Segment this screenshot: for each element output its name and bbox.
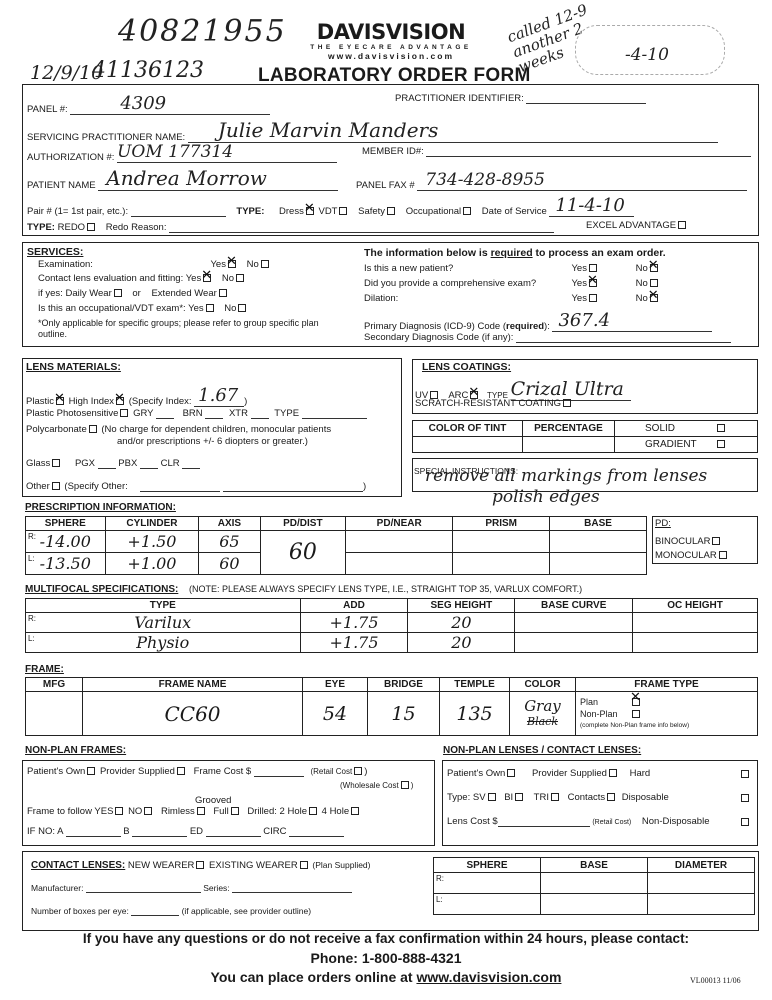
monocular-label: MONOCULAR xyxy=(655,550,717,561)
mf-oc-height-header: OC HEIGHT xyxy=(633,599,758,613)
primary-diagnosis-field[interactable]: 367.4 xyxy=(552,310,712,332)
new-patient-yes-checkbox[interactable] xyxy=(589,264,597,272)
mf-seg-height-header: SEG HEIGHT xyxy=(408,599,515,613)
circ-label: CIRC xyxy=(263,826,286,837)
photosensitive-checkbox[interactable] xyxy=(120,409,128,417)
contacts-checkbox[interactable] xyxy=(607,793,615,801)
mfg-header: MFG xyxy=(26,678,83,692)
servicing-practitioner-field[interactable]: Julie Marvin Manders xyxy=(188,118,718,143)
brn-label: BRN xyxy=(183,408,203,419)
frame-follow-no-checkbox[interactable] xyxy=(144,807,152,815)
logo-url: www.davisvision.com xyxy=(296,51,486,61)
date-of-service-label: Date of Service xyxy=(482,206,547,217)
photosensitive-label: Plastic Photosensitive xyxy=(26,408,118,419)
required-title: The information below is required to pro… xyxy=(364,247,666,259)
occupational-yes-label: Yes xyxy=(188,303,204,314)
specify-index-label: (Specify Index: xyxy=(129,396,192,407)
npf-patients-own-checkbox[interactable] xyxy=(87,767,95,775)
dilation-no-checkbox[interactable] xyxy=(650,294,658,302)
sv-label: SV xyxy=(473,792,486,803)
left-axis-field[interactable]: 60 xyxy=(199,553,260,575)
new-patient-label: Is this a new patient? xyxy=(364,263,569,274)
davis-vision-logo: DAVISVISION THE EYECARE ADVANTAGE www.da… xyxy=(296,20,486,61)
secondary-diagnosis-label: Secondary Diagnosis Code (if any): xyxy=(364,332,513,343)
frame-follow-yes-checkbox[interactable] xyxy=(115,807,123,815)
clr-label: CLR xyxy=(161,458,180,469)
frame-title: FRAME: xyxy=(25,664,64,675)
mfg-field[interactable] xyxy=(26,692,83,736)
services-footnote: *Only applicable for specific groups; pl… xyxy=(38,318,328,340)
right-pd-near-field[interactable] xyxy=(346,531,453,553)
b-label: B xyxy=(123,826,129,837)
footer-phone: Phone: 1-800-888-4321 xyxy=(0,950,772,966)
contacts-label: Contacts xyxy=(568,792,606,803)
retail-cost-label: (Retail Cost xyxy=(310,767,352,776)
panel-field[interactable]: 4309 xyxy=(70,93,270,115)
poly-note-2: and/or prescriptions +/- 6 diopters or g… xyxy=(117,436,308,447)
frame-cost-label: Frame Cost $ xyxy=(194,766,252,777)
scratch-resistant-checkbox[interactable] xyxy=(563,399,571,407)
tri-checkbox[interactable] xyxy=(551,793,559,801)
plan-label: Plan xyxy=(580,696,630,708)
tri-label: TRI xyxy=(534,792,549,803)
type-occupational-checkbox[interactable] xyxy=(463,207,471,215)
other-checkbox[interactable] xyxy=(52,482,60,490)
manufacturer-field[interactable] xyxy=(86,883,201,893)
other-label: Other xyxy=(26,481,50,492)
non-plan-label: Non-Plan xyxy=(580,708,630,720)
handwritten-number: 40821955 xyxy=(118,14,287,49)
logo-tagline: THE EYECARE ADVANTAGE xyxy=(296,44,486,51)
left-prism-field[interactable] xyxy=(453,553,550,575)
exam-yes-label: Yes xyxy=(210,259,226,270)
full-checkbox[interactable] xyxy=(231,807,239,815)
contact-eval-label: Contact lens evaluation and fitting: xyxy=(38,273,183,284)
daily-wear-checkbox[interactable] xyxy=(114,289,122,297)
pbx-label: PBX xyxy=(118,458,137,469)
cl-base-header: BASE xyxy=(541,858,648,873)
pbx-field[interactable] xyxy=(140,459,158,469)
sv-checkbox[interactable] xyxy=(488,793,496,801)
exam-no-label: No xyxy=(247,259,259,270)
new-patient-no-label: No xyxy=(636,263,648,274)
frame-follow-no-label: NO xyxy=(128,806,142,817)
cl-sphere-header: SPHERE xyxy=(434,858,541,873)
tint-color-header: COLOR OF TINT xyxy=(413,421,523,437)
cl-left-sphere-field[interactable]: L: xyxy=(434,894,541,915)
logo-wordmark: DAVISVISION xyxy=(296,20,486,44)
solid-label: SOLID xyxy=(645,423,715,434)
bridge-field[interactable]: 15 xyxy=(368,692,440,736)
mf-type-header: TYPE xyxy=(26,599,301,613)
multifocal-table: TYPE ADD SEG HEIGHT BASE CURVE OC HEIGHT… xyxy=(25,598,758,653)
frame-name-field[interactable]: CC60 xyxy=(83,692,303,736)
left-seg-height-field[interactable]: 20 xyxy=(408,633,515,653)
type-vdt-checkbox[interactable] xyxy=(339,207,347,215)
cl-diameter-header: DIAMETER xyxy=(648,858,755,873)
npl-patients-own-label: Patient's Own xyxy=(447,768,505,779)
npl-patients-own-checkbox[interactable] xyxy=(507,769,515,777)
date-of-service-field[interactable]: 11-4-10 xyxy=(549,195,634,217)
circ-field[interactable] xyxy=(289,827,344,837)
xtr-label: XTR xyxy=(229,408,248,419)
secondary-diagnosis-field[interactable] xyxy=(516,332,731,343)
prism-header: PRISM xyxy=(453,517,550,531)
gry-field[interactable] xyxy=(156,409,174,419)
contact-no-checkbox[interactable] xyxy=(236,274,244,282)
full-label: Full xyxy=(213,806,228,817)
or-label: or xyxy=(132,288,140,299)
member-id-field[interactable] xyxy=(426,146,751,157)
hard-checkbox[interactable] xyxy=(741,770,749,778)
lens-cost-field[interactable] xyxy=(498,817,590,827)
contact-lenses-title: CONTACT LENSES: xyxy=(31,860,125,871)
npl-provider-supplied-label: Provider Supplied xyxy=(532,768,607,779)
new-patient-no-checkbox[interactable] xyxy=(650,264,658,272)
exam-no-checkbox[interactable] xyxy=(261,260,269,268)
hole2-checkbox[interactable] xyxy=(309,807,317,815)
ed-field[interactable] xyxy=(206,827,261,837)
pair-field[interactable] xyxy=(131,206,226,217)
services-title: SERVICES: xyxy=(27,246,83,258)
comprehensive-no-checkbox[interactable] xyxy=(650,279,658,287)
pd-dist-header: PD/DIST xyxy=(260,517,346,531)
cl-right-base-field[interactable] xyxy=(541,873,648,894)
binocular-label: BINOCULAR xyxy=(655,536,710,547)
photo-type-label: TYPE xyxy=(274,408,299,419)
high-index-label: High Index xyxy=(69,396,114,407)
dilation-no-label: No xyxy=(636,293,648,304)
type-safety-label: Safety xyxy=(358,206,385,217)
handwritten-ref: 41136123 xyxy=(92,58,204,83)
plan-checkbox[interactable] xyxy=(632,698,640,706)
mf-add-header: ADD xyxy=(300,599,408,613)
practitioner-id-label: PRACTITIONER IDENTIFIER: xyxy=(395,93,524,104)
pgx-field[interactable] xyxy=(98,459,116,469)
tint-percentage-field[interactable] xyxy=(523,437,615,453)
special-instructions-line1: remove all markings from lenses xyxy=(425,466,707,486)
gradient-checkbox[interactable] xyxy=(717,440,725,448)
boxes-note: (if applicable, see provider outline) xyxy=(182,906,311,916)
pd-dist-field[interactable]: 60 xyxy=(260,531,346,575)
examination-label: Examination: xyxy=(38,259,208,270)
form-code: VL00013 11/06 xyxy=(690,976,741,985)
dilation-yes-checkbox[interactable] xyxy=(589,294,597,302)
plastic-label: Plastic xyxy=(26,396,54,407)
pgx-label: PGX xyxy=(75,458,95,469)
daily-wear-label: Daily Wear xyxy=(65,288,111,299)
type-label: TYPE: xyxy=(236,206,264,217)
contact-yes-label: Yes xyxy=(186,273,202,284)
redo-reason-field[interactable] xyxy=(169,222,554,233)
binocular-checkbox[interactable] xyxy=(712,537,720,545)
new-wearer-label: NEW WEARER xyxy=(128,860,195,871)
npf-provider-supplied-checkbox[interactable] xyxy=(177,767,185,775)
left-add-field[interactable]: +1.75 xyxy=(300,633,408,653)
grooved-label: Grooved xyxy=(195,795,231,806)
disposable-checkbox[interactable] xyxy=(741,794,749,802)
sphere-header: SPHERE xyxy=(26,517,106,531)
hole2-label: 2 Hole xyxy=(280,806,307,817)
occupational-exam-label: Is this an occupational/VDT exam*: xyxy=(38,303,186,314)
solid-checkbox[interactable] xyxy=(717,424,725,432)
hole4-checkbox[interactable] xyxy=(351,807,359,815)
rimless-label: Rimless xyxy=(161,806,195,817)
special-instructions-line2: polish edges xyxy=(492,487,600,507)
axis-header: AXIS xyxy=(199,517,260,531)
excel-advantage-checkbox[interactable] xyxy=(678,221,686,229)
if-no-a-label: IF NO: A xyxy=(27,826,63,837)
left-oc-height-field[interactable] xyxy=(633,633,758,653)
practitioner-id-field[interactable] xyxy=(526,93,646,104)
right-prism-field[interactable] xyxy=(453,531,550,553)
multifocal-note: (NOTE: PLEASE ALWAYS SPECIFY LENS TYPE, … xyxy=(189,584,582,594)
primary-diagnosis-row: Primary Diagnosis (ICD-9) Code (required… xyxy=(364,310,712,332)
frame-follow-label: Frame to follow xyxy=(27,806,92,817)
dilation-yes-label: Yes xyxy=(571,293,587,304)
left-base-field[interactable] xyxy=(550,553,647,575)
other-field-2[interactable] xyxy=(223,482,363,492)
frame-type-header: FRAME TYPE xyxy=(576,678,758,692)
left-base-curve-field[interactable] xyxy=(515,633,633,653)
type-vdt-label: VDT xyxy=(318,206,337,217)
non-plan-note: (complete Non-Plan frame info below) xyxy=(580,720,757,732)
color-value: Gray xyxy=(510,698,575,714)
wholesale-cost-checkbox[interactable] xyxy=(401,781,409,789)
patient-name-field[interactable]: Andrea Morrow xyxy=(98,166,338,191)
comprehensive-yes-checkbox[interactable] xyxy=(589,279,597,287)
type-safety-checkbox[interactable] xyxy=(387,207,395,215)
tint-color-field[interactable] xyxy=(413,437,523,453)
polycarbonate-label: Polycarbonate xyxy=(26,424,87,435)
patient-name-label: PATIENT NAME xyxy=(27,180,96,191)
non-plan-checkbox[interactable] xyxy=(632,710,640,718)
rimless-checkbox[interactable] xyxy=(197,807,205,815)
color-field[interactable]: Gray Black xyxy=(510,692,576,736)
panel-label: PANEL #: xyxy=(27,104,68,115)
retail-cost-checkbox[interactable] xyxy=(354,767,362,775)
contact-lens-table: SPHERE BASE DIAMETER R: L: xyxy=(433,857,755,915)
eye-header: EYE xyxy=(303,678,368,692)
cl-right-sphere-field[interactable]: R: xyxy=(434,873,541,894)
lens-materials-title: LENS MATERIALS: xyxy=(26,361,121,373)
pd-label: PD: xyxy=(655,518,671,529)
right-seg-height-field[interactable]: 20 xyxy=(408,613,515,633)
series-label: Series: xyxy=(203,883,229,893)
gradient-label: GRADIENT xyxy=(645,439,715,450)
right-mf-type-field[interactable]: R:Varilux xyxy=(26,613,301,633)
left-cylinder-field[interactable]: +1.00 xyxy=(105,553,199,575)
comprehensive-no-label: No xyxy=(636,278,648,289)
tint-table: COLOR OF TINT PERCENTAGE SOLID GRADIENT xyxy=(412,420,758,453)
b-field[interactable] xyxy=(132,827,187,837)
gry-label: GRY xyxy=(133,408,153,419)
boxes-field[interactable] xyxy=(131,906,179,916)
contact-no-label: No xyxy=(222,273,234,284)
npl-provider-supplied-checkbox[interactable] xyxy=(609,769,617,777)
new-wearer-checkbox[interactable] xyxy=(196,861,204,869)
plan-supplied-label: (Plan Supplied) xyxy=(312,860,370,870)
type-dress-checkbox[interactable] xyxy=(306,207,314,215)
right-axis-field[interactable]: 65 xyxy=(199,531,260,553)
scratch-resistant-label: SCRATCH-RESISTANT COATING xyxy=(415,398,561,409)
occupational-no-checkbox[interactable] xyxy=(238,304,246,312)
footer-contact-note: If you have any questions or do not rece… xyxy=(0,931,772,946)
boxes-label: Number of boxes per eye: xyxy=(31,906,129,916)
hole4-label: 4 Hole xyxy=(322,806,349,817)
xtr-field[interactable] xyxy=(251,409,269,419)
specify-other-label: (Specify Other: xyxy=(64,481,127,492)
temple-header: TEMPLE xyxy=(440,678,510,692)
a-field[interactable] xyxy=(66,827,121,837)
panel-fax-label: PANEL FAX # xyxy=(356,180,415,191)
member-id-label: MEMBER ID#: xyxy=(362,146,424,157)
frame-cost-field[interactable] xyxy=(254,767,304,777)
mf-base-curve-header: BASE CURVE xyxy=(515,599,633,613)
lens-type-label: Type: xyxy=(447,792,470,803)
lens-cost-label: Lens Cost $ xyxy=(447,816,498,827)
npf-patients-own-label: Patient's Own xyxy=(27,766,85,777)
dilation-label: Dilation: xyxy=(364,293,569,304)
redo-checkbox[interactable] xyxy=(87,223,95,231)
extended-wear-checkbox[interactable] xyxy=(219,289,227,297)
lens-coatings-title: LENS COATINGS: xyxy=(422,361,511,373)
occupational-no-label: No xyxy=(224,303,236,314)
left-sphere-field[interactable]: L:-13.50 xyxy=(26,553,106,575)
existing-wearer-label: EXISTING WEARER xyxy=(209,860,298,871)
right-add-field[interactable]: +1.75 xyxy=(300,613,408,633)
extended-wear-label: Extended Wear xyxy=(151,288,216,299)
index-field[interactable]: 1.67 xyxy=(194,385,244,407)
tint-percentage-header: PERCENTAGE xyxy=(523,421,615,437)
redo-label: REDO xyxy=(58,222,85,233)
authorization-label: AUTHORIZATION #: xyxy=(27,152,114,163)
disposable-label: Disposable xyxy=(622,792,669,803)
right-base-field[interactable] xyxy=(550,531,647,553)
monocular-checkbox[interactable] xyxy=(719,551,727,559)
if-yes-label: if yes: xyxy=(38,288,63,299)
prescription-title: PRESCRIPTION INFORMATION: xyxy=(25,502,176,513)
cylinder-header: CYLINDER xyxy=(105,517,199,531)
frame-name-header: FRAME NAME xyxy=(83,678,303,692)
bi-label: BI xyxy=(504,792,513,803)
left-pd-near-field[interactable] xyxy=(346,553,453,575)
lens-retail-cost-label: (Retail Cost) xyxy=(592,819,631,826)
manufacturer-label: Manufacturer: xyxy=(31,883,83,893)
existing-wearer-checkbox[interactable] xyxy=(300,861,308,869)
comprehensive-yes-label: Yes xyxy=(571,278,587,289)
new-patient-yes-label: Yes xyxy=(571,263,587,274)
base-header: BASE xyxy=(550,517,647,531)
frame-table: MFG FRAME NAME EYE BRIDGE TEMPLE COLOR F… xyxy=(25,677,758,736)
poly-note-1: (No charge for dependent children, monoc… xyxy=(101,424,331,435)
multifocal-title: MULTIFOCAL SPECIFICATIONS: xyxy=(25,584,178,595)
frame-follow-yes-label: YES xyxy=(94,806,113,817)
comprehensive-exam-label: Did you provide a comprehensive exam? xyxy=(364,278,569,289)
cl-left-diameter-field[interactable] xyxy=(648,894,755,915)
other-field-1[interactable] xyxy=(140,482,220,492)
panel-fax-field[interactable]: 734-428-8955 xyxy=(417,170,747,191)
right-oc-height-field[interactable] xyxy=(633,613,758,633)
stamp-date: -4-10 xyxy=(625,45,669,65)
drilled-label: Drilled: xyxy=(247,806,277,817)
cl-left-base-field[interactable] xyxy=(541,894,648,915)
occupational-yes-checkbox[interactable] xyxy=(206,304,214,312)
left-mf-type-field[interactable]: L:Physio xyxy=(26,633,301,653)
non-disposable-checkbox[interactable] xyxy=(741,818,749,826)
series-field[interactable] xyxy=(232,883,352,893)
polycarbonate-checkbox[interactable] xyxy=(89,425,97,433)
eye-field[interactable]: 54 xyxy=(303,692,368,736)
brn-field[interactable] xyxy=(205,409,223,419)
hard-label: Hard xyxy=(630,768,651,779)
color-header: COLOR xyxy=(510,678,576,692)
temple-field[interactable]: 135 xyxy=(440,692,510,736)
type-dress-label: Dress xyxy=(279,206,304,217)
redo-type-label: TYPE: xyxy=(27,222,55,233)
authorization-field[interactable]: UOM 177314 xyxy=(117,142,337,163)
clr-field[interactable] xyxy=(182,459,200,469)
npf-provider-supplied-label: Provider Supplied xyxy=(100,766,175,777)
non-plan-lenses-title: NON-PLAN LENSES / CONTACT LENSES: xyxy=(443,745,641,756)
bi-checkbox[interactable] xyxy=(515,793,523,801)
pair-label: Pair # (1= 1st pair, etc.): xyxy=(27,206,128,217)
right-sphere-field[interactable]: R:-14.00 xyxy=(26,531,106,553)
type-occupational-label: Occupational xyxy=(406,206,461,217)
excel-advantage-label: EXCEL ADVANTAGE xyxy=(586,220,676,231)
cl-right-diameter-field[interactable] xyxy=(648,873,755,894)
wholesale-cost-label: (Wholesale Cost xyxy=(340,781,399,790)
pd-near-header: PD/NEAR xyxy=(346,517,453,531)
high-index-checkbox[interactable] xyxy=(116,397,124,405)
glass-label: Glass xyxy=(26,458,50,469)
right-cylinder-field[interactable]: +1.50 xyxy=(105,531,199,553)
exam-yes-checkbox[interactable] xyxy=(228,260,236,268)
bridge-header: BRIDGE xyxy=(368,678,440,692)
non-disposable-label: Non-Disposable xyxy=(642,816,710,827)
ed-label: ED xyxy=(190,826,203,837)
non-plan-frames-title: NON-PLAN FRAMES: xyxy=(25,745,126,756)
color-struck-value: Black xyxy=(510,714,575,730)
contact-yes-checkbox[interactable] xyxy=(203,274,211,282)
redo-reason-label: Redo Reason: xyxy=(106,222,167,233)
right-base-curve-field[interactable] xyxy=(515,613,633,633)
photo-type-field[interactable] xyxy=(302,409,367,419)
footer-online: You can place orders online at www.davis… xyxy=(0,969,772,985)
plastic-checkbox[interactable] xyxy=(56,397,64,405)
footer-link[interactable]: www.davisvision.com xyxy=(416,969,561,985)
prescription-table: SPHERE CYLINDER AXIS PD/DIST PD/NEAR PRI… xyxy=(25,516,647,575)
glass-checkbox[interactable] xyxy=(52,459,60,467)
